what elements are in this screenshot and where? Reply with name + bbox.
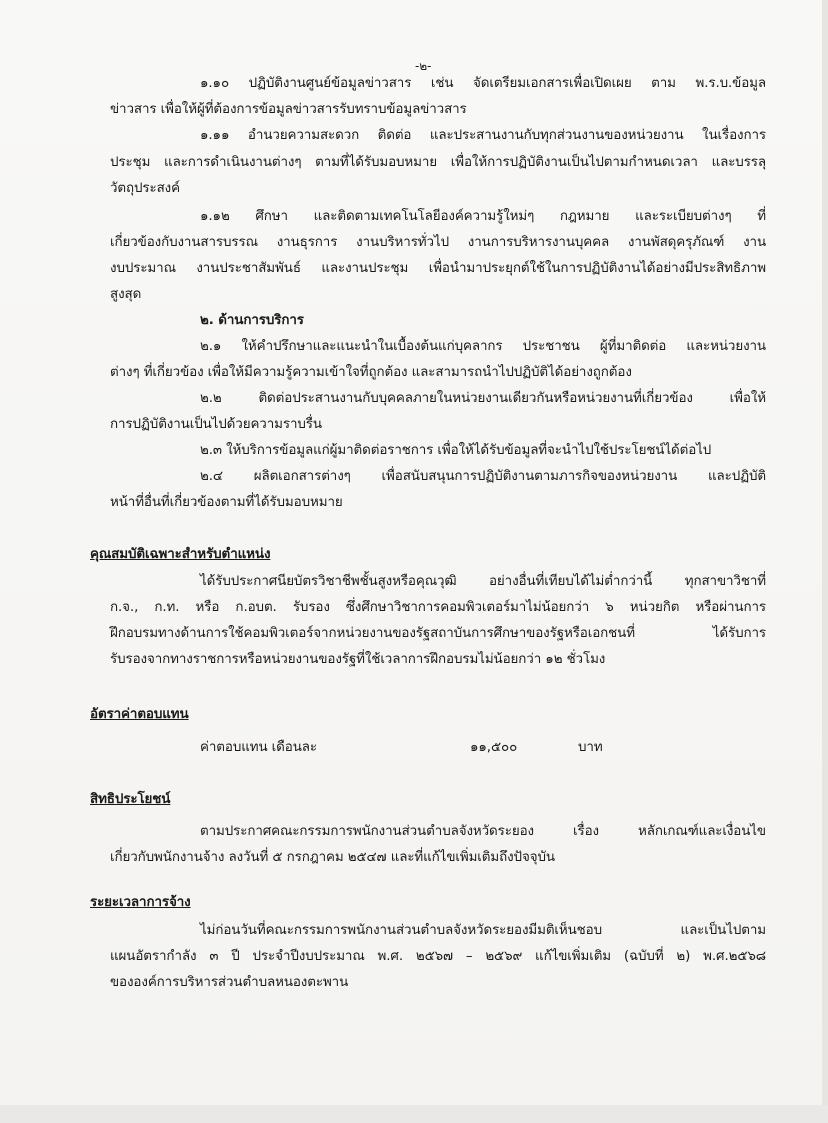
section-2-heading: ๒. ด้านการบริการ	[200, 311, 304, 331]
item-2-1-line-2: ต่างๆ ที่เกี่ยวข้อง เพื่อให้มีความรู้ควา…	[110, 363, 632, 383]
item-1-11-line-2: ประชุม และการดำเนินงานต่างๆ ตามที่ได้รับ…	[110, 153, 766, 173]
qualifications-heading: คุณสมบัติเฉพาะสำหรับตำแหน่ง	[90, 545, 270, 565]
item-1-12-line-2: เกี่ยวข้องกับงานสารบรรณ งานธุรการ งานบริ…	[110, 233, 766, 253]
item-1-12-line-4: สูงสุด	[110, 285, 141, 305]
page-bottom-margin	[0, 1105, 828, 1123]
compensation-unit: บาท	[578, 738, 603, 758]
employment-period-line-1: ไม่ก่อนวันที่คณะกรรมการพนักงานส่วนตำบลจั…	[200, 921, 766, 941]
benefits-heading: สิทธิประโยชน์	[90, 790, 170, 810]
item-1-11-line-1: ๑.๑๑ อำนวยความสะดวก ติดต่อ และประสานงานก…	[200, 126, 766, 146]
item-2-2-line-1: ๒.๒ ติดต่อประสานงานกับบุคคลภายในหน่วยงาน…	[200, 389, 766, 409]
item-2-4-line-1: ๒.๔ ผลิตเอกสารต่างๆ เพื่อสนับสนุนการปฏิบ…	[200, 467, 766, 487]
item-2-1-line-1: ๒.๑ ให้คำปรึกษาและแนะนำในเบื้องต้นแก่บุค…	[200, 337, 766, 357]
item-1-10-line-2: ข่าวสาร เพื่อให้ผู้ที่ต้องการข้อมูลข่าวส…	[110, 100, 467, 120]
item-2-2-line-2: การปฏิบัติงานเป็นไปด้วยความราบรื่น	[110, 415, 322, 435]
document-page: -๒- ๑.๑๐ ปฏิบัติงานศูนย์ข้อมูลข่าวสาร เช…	[0, 0, 828, 1123]
item-1-12-line-3: งบประมาณ งานประชาสัมพันธ์ และงานประชุม เ…	[110, 259, 766, 279]
qualifications-line-2: ก.จ., ก.ท. หรือ ก.อบต. รับรอง ซึ่งศึกษาว…	[110, 598, 766, 618]
employment-period-line-2: แผนอัตรากำลัง ๓ ปี ประจำปีงบประมาณ พ.ศ. …	[110, 947, 766, 967]
qualifications-line-1: ได้รับประกาศนียบัตรวิชาชีพชั้นสูงหรือคุณ…	[200, 572, 766, 592]
item-1-10-line-1: ๑.๑๐ ปฏิบัติงานศูนย์ข้อมูลข่าวสาร เช่น จ…	[200, 74, 766, 94]
employment-period-heading: ระยะเวลาการจ้าง	[90, 893, 191, 913]
item-1-12-line-1: ๑.๑๒ ศึกษา และติดตามเทคโนโลยีองค์ความรู้…	[200, 207, 766, 227]
item-1-11-line-3: วัตถุประสงค์	[110, 179, 180, 199]
compensation-heading: อัตราค่าตอบแทน	[90, 705, 189, 725]
item-2-4-line-2: หน้าที่อื่นที่เกี่ยวข้องตามที่ได้รับมอบห…	[110, 493, 343, 513]
item-2-3-line-1: ๒.๓ ให้บริการข้อมูลแก่ผู้มาติดต่อราชการ …	[200, 441, 711, 461]
compensation-amount: ๑๑,๕๐๐	[470, 738, 517, 758]
employment-period-line-3: ขององค์การบริหารส่วนตำบลหนองตะพาน	[110, 973, 348, 993]
compensation-label: ค่าตอบแทน เดือนละ	[200, 738, 317, 758]
benefits-line-1: ตามประกาศคณะกรรมการพนักงานส่วนตำบลจังหวั…	[200, 822, 766, 842]
qualifications-line-4: รับรองจากทางราชการหรือหน่วยงานของรัฐที่ใ…	[110, 650, 605, 670]
page-edge-shadow	[822, 0, 828, 1123]
qualifications-line-3: ฝึกอบรมทางด้านการใช้คอมพิวเตอร์จากหน่วยง…	[110, 624, 766, 644]
page-number: -๒-	[415, 56, 431, 76]
benefits-line-2: เกี่ยวกับพนักงานจ้าง ลงวันที่ ๕ กรกฎาคม …	[110, 848, 555, 868]
